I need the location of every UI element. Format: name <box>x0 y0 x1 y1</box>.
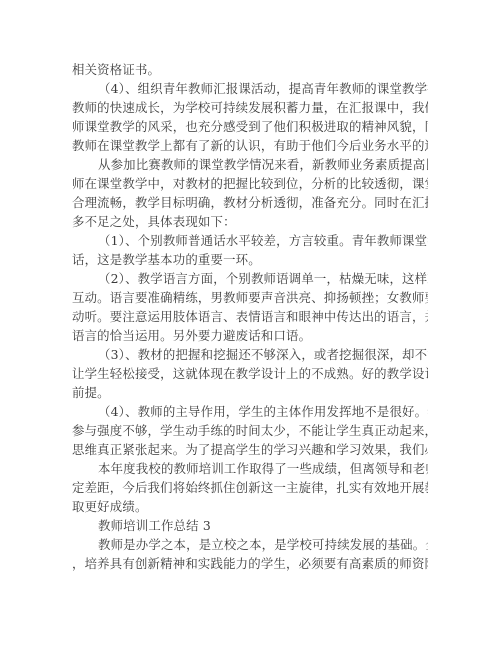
document-page: 相关资格证书。 （4）、组织青年教师汇报课活动，提高青年教师的课堂教学技能，推动… <box>72 60 428 573</box>
text-line: 教师在课堂教学上都有了新的认识，有助于他们今后业务水平的进一步提高。 <box>72 136 428 155</box>
text-line: 本年度我校的教师培训工作取得了一些成绩，但离领导和老师们的要求还有一 <box>72 459 428 478</box>
text-line: 让学生轻松接受，这就体现在教学设计上的不成熟。好的教学设计是上好一堂课的 <box>72 364 428 383</box>
text-line: 定差距，今后我们将始终抓住创新这一主旋律，扎实有效地开展教师培训工作，争 <box>72 478 428 497</box>
text-line: ，培养具有创新精神和实践能力的学生，必须要有高素质的师资队伍。加强教师队 <box>72 554 428 573</box>
text-line: 相关资格证书。 <box>72 60 428 79</box>
text-line: 合理流畅，教学目标明确，教材分析透彻，准备充分。同时在汇报课中也暴露出许 <box>72 193 428 212</box>
text-line: 取更好成绩。 <box>72 497 428 516</box>
text-line: 话，这是教学基本功的重要一环。 <box>72 250 428 269</box>
text-line: 教师的快速成长，为学校可持续发展积蓄力量，在汇报课中，我们领略到了青年教 <box>72 98 428 117</box>
text-line: （2）、教学语言方面，个别教师语调单一，枯燥无味，这样就很难达到师生 <box>72 269 428 288</box>
text-line: 参与强度不够，学生动手练的时间太少，不能让学生真正动起来，真正兴奋起来， <box>72 421 428 440</box>
text-line: 从参加比赛教师的课堂教学情况来看，新教师业务素质提高比较快，大部分教 <box>72 155 428 174</box>
text-line: （4）、组织青年教师汇报课活动，提高青年教师的课堂教学技能，推动青年 <box>72 79 428 98</box>
text-line: 互动。语言要准确精练，男教师要声音洪亮、抑扬顿挫；女教师要清脆明快、悦耳 <box>72 288 428 307</box>
section-heading: 教师培训工作总结 3 <box>72 516 428 535</box>
text-line: （4）、教师的主导作用，学生的主体作用发挥地不是很好。学生参与较少， <box>72 402 428 421</box>
text-line: 前提。 <box>72 383 428 402</box>
text-line: 师课堂教学的风采，也充分感受到了他们积极进取的精神风貌，同时通过汇报课， <box>72 117 428 136</box>
text-line: 语言的恰当运用。另外要力避废话和口语。 <box>72 326 428 345</box>
text-line: 多不足之处，具体表现如下： <box>72 212 428 231</box>
text-line: 动听。要注意运用肢体语言、表情语言和眼神中传达出的语言，并注意非课堂教学 <box>72 307 428 326</box>
text-line: 教师是办学之本，是立校之本，是学校可持续发展的基础。全面推进素质教育 <box>72 535 428 554</box>
text-line: 师在课堂教学中，对教材的把握比较到位，分析的比较透彻，课堂设计思路清晰， <box>72 174 428 193</box>
text-line: （1）、个别教师普通话水平较差，方言较重。青年教师课堂教学都要用普通 <box>72 231 428 250</box>
text-line: （3）、教材的把握和挖掘还不够深入，或者挖掘很深，却不能够深入浅出， <box>72 345 428 364</box>
text-line: 思维真正紧张起来。为了提高学生的学习兴趣和学习效果，我们必须把握好角色。 <box>72 440 428 459</box>
